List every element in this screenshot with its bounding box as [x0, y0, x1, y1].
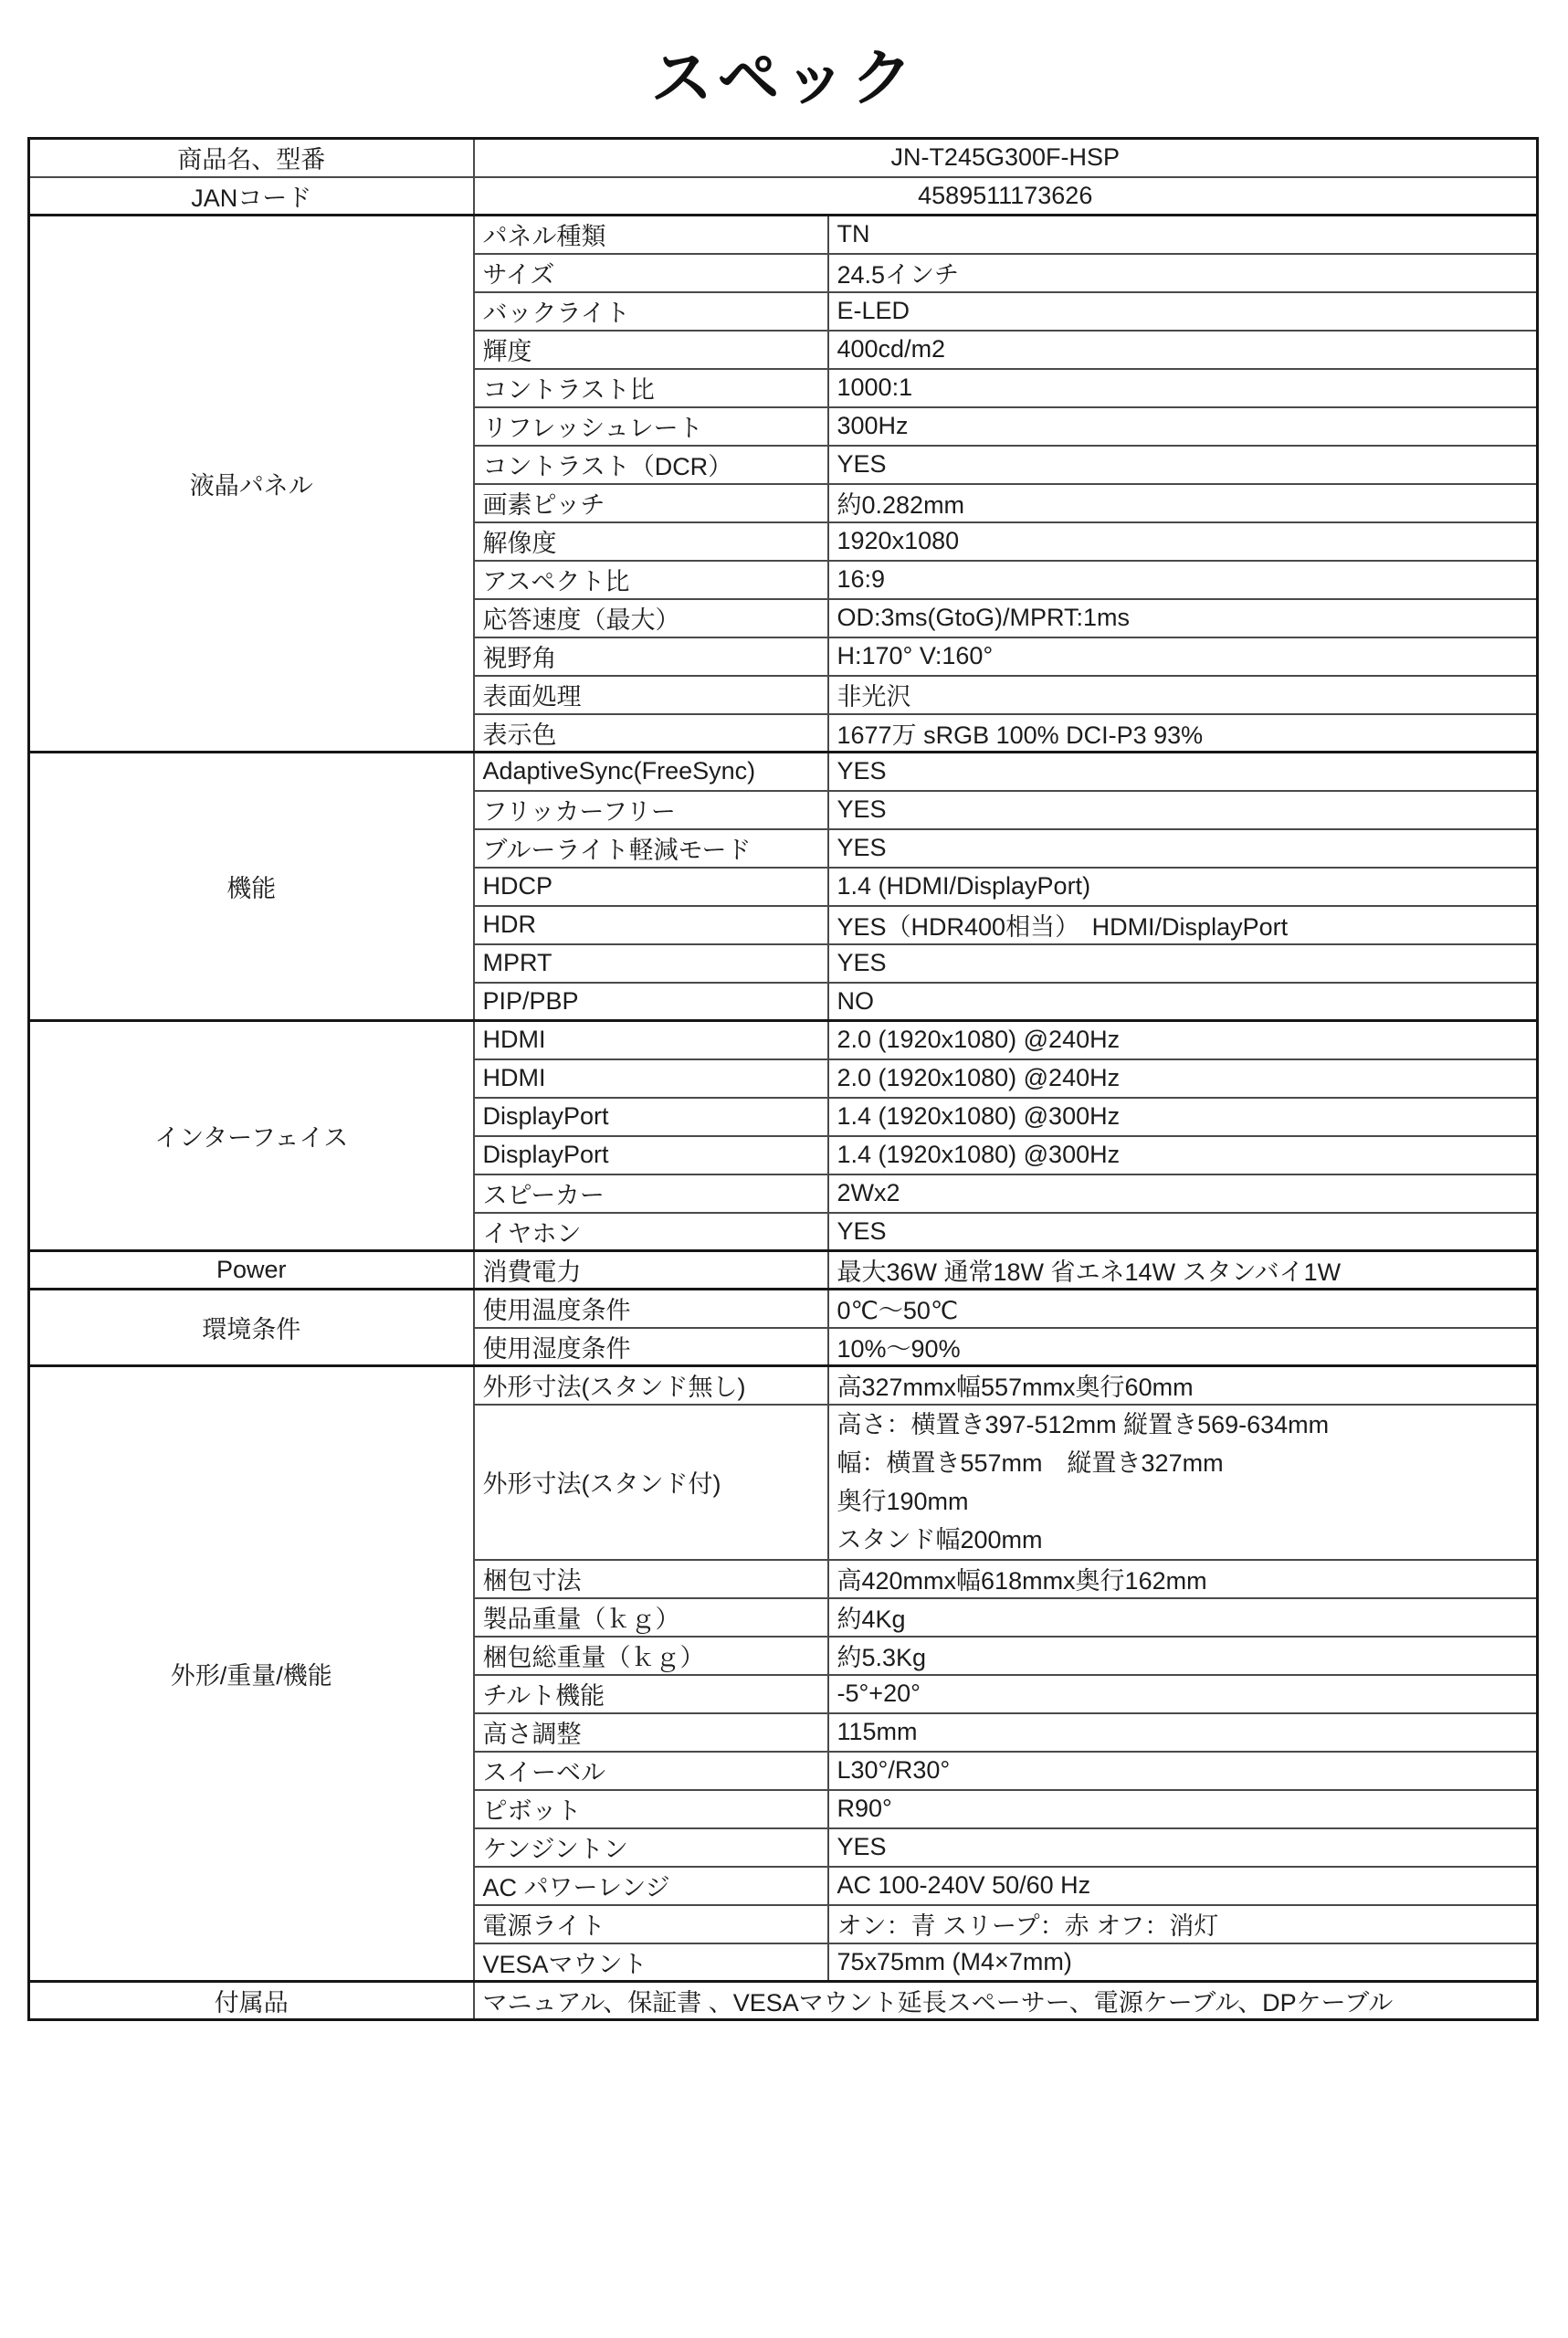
spec-row: 環境条件使用温度条件0℃～50℃ — [29, 1290, 1538, 1328]
spec-value: NO — [828, 983, 1538, 1021]
category-cell: 液晶パネル — [29, 216, 474, 753]
spec-value: 高さ：横置き397-512mm 縦置き569-634mm 幅：横置き557mm … — [828, 1405, 1538, 1560]
spec-label: 製品重量（ｋｇ） — [474, 1598, 828, 1637]
spec-label: スイーベル — [474, 1752, 828, 1790]
spec-value: 115mm — [828, 1713, 1538, 1752]
spec-header-label: JANコード — [29, 177, 474, 216]
spec-label: ケンジントン — [474, 1828, 828, 1867]
spec-value: 16:9 — [828, 561, 1538, 599]
spec-label: HDMI — [474, 1021, 828, 1059]
spec-label: ブルーライト軽減モード — [474, 829, 828, 868]
spec-value: 高420mmx幅618mmx奥行162mm — [828, 1560, 1538, 1598]
spec-value: R90° — [828, 1790, 1538, 1828]
spec-label: 外形寸法(スタンド無し) — [474, 1366, 828, 1405]
spec-label: リフレッシュレート — [474, 407, 828, 446]
category-cell: 付属品 — [29, 1982, 474, 2020]
spec-label: 輝度 — [474, 331, 828, 369]
category-cell: インターフェイス — [29, 1021, 474, 1251]
spec-value: 2Wx2 — [828, 1174, 1538, 1213]
spec-value: 1.4 (1920x1080) @300Hz — [828, 1136, 1538, 1174]
spec-label: イヤホン — [474, 1213, 828, 1251]
spec-header-value: 4589511173626 — [474, 177, 1538, 216]
spec-value: YES — [828, 944, 1538, 983]
spec-label: HDCP — [474, 868, 828, 906]
spec-value: 10%～90% — [828, 1328, 1538, 1366]
spec-label: コントラスト（DCR） — [474, 446, 828, 484]
spec-header-value: JN-T245G300F-HSP — [474, 139, 1538, 177]
spec-value: YES — [828, 446, 1538, 484]
spec-label: アスペクト比 — [474, 561, 828, 599]
spec-value: YES — [828, 1828, 1538, 1867]
spec-table: 商品名、型番JN-T245G300F-HSPJANコード458951117362… — [27, 137, 1539, 2021]
spec-value: 約0.282mm — [828, 484, 1538, 522]
spec-header-row: JANコード4589511173626 — [29, 177, 1538, 216]
spec-label: AdaptiveSync(FreeSync) — [474, 753, 828, 791]
spec-row: 機能AdaptiveSync(FreeSync)YES — [29, 753, 1538, 791]
spec-label: AC パワーレンジ — [474, 1867, 828, 1905]
spec-value: 0℃～50℃ — [828, 1290, 1538, 1328]
spec-label: 使用湿度条件 — [474, 1328, 828, 1366]
spec-label: 表示色 — [474, 714, 828, 753]
spec-label: フリッカーフリー — [474, 791, 828, 829]
spec-row: 外形/重量/機能外形寸法(スタンド無し)高327mmx幅557mmx奥行60mm — [29, 1366, 1538, 1405]
spec-value: AC 100-240V 50/60 Hz — [828, 1867, 1538, 1905]
spec-label: 外形寸法(スタンド付) — [474, 1405, 828, 1560]
spec-value: TN — [828, 216, 1538, 254]
spec-row: 付属品マニュアル、保証書 、VESAマウント延長スペーサー、電源ケーブル、DPケ… — [29, 1982, 1538, 2020]
spec-value: 300Hz — [828, 407, 1538, 446]
spec-label: 梱包総重量（ｋｇ） — [474, 1637, 828, 1675]
spec-value: L30°/R30° — [828, 1752, 1538, 1790]
spec-label: スピーカー — [474, 1174, 828, 1213]
spec-label: MPRT — [474, 944, 828, 983]
spec-label: 視野角 — [474, 637, 828, 676]
spec-value: オン：青 スリープ：赤 オフ：消灯 — [828, 1905, 1538, 1943]
spec-value: 1920x1080 — [828, 522, 1538, 561]
spec-value: 400cd/m2 — [828, 331, 1538, 369]
spec-value: E-LED — [828, 292, 1538, 331]
category-cell: 環境条件 — [29, 1290, 474, 1366]
category-cell: Power — [29, 1251, 474, 1290]
spec-value: YES — [828, 791, 1538, 829]
spec-value: H:170° V:160° — [828, 637, 1538, 676]
spec-label: DisplayPort — [474, 1136, 828, 1174]
spec-label: 消費電力 — [474, 1251, 828, 1290]
spec-table-body: 商品名、型番JN-T245G300F-HSPJANコード458951117362… — [29, 139, 1538, 2020]
spec-value: YES（HDR400相当） HDMI/DisplayPort — [828, 906, 1538, 944]
spec-label: DisplayPort — [474, 1098, 828, 1136]
spec-label: 解像度 — [474, 522, 828, 561]
spec-value: OD:3ms(GtoG)/MPRT:1ms — [828, 599, 1538, 637]
spec-value: -5°+20° — [828, 1675, 1538, 1713]
spec-row: インターフェイスHDMI2.0 (1920x1080) @240Hz — [29, 1021, 1538, 1059]
spec-value: YES — [828, 829, 1538, 868]
spec-header-row: 商品名、型番JN-T245G300F-HSP — [29, 139, 1538, 177]
spec-value: 1.4 (HDMI/DisplayPort) — [828, 868, 1538, 906]
spec-value: YES — [828, 753, 1538, 791]
spec-row: 液晶パネルパネル種類TN — [29, 216, 1538, 254]
spec-value: 約5.3Kg — [828, 1637, 1538, 1675]
page-title: スペック — [0, 0, 1568, 137]
spec-label: VESAマウント — [474, 1943, 828, 1982]
spec-value: 2.0 (1920x1080) @240Hz — [828, 1021, 1538, 1059]
spec-label: コントラスト比 — [474, 369, 828, 407]
spec-value: 1000:1 — [828, 369, 1538, 407]
spec-label: 使用温度条件 — [474, 1290, 828, 1328]
spec-value: 約4Kg — [828, 1598, 1538, 1637]
spec-label: 応答速度（最大） — [474, 599, 828, 637]
spec-label: 高さ調整 — [474, 1713, 828, 1752]
spec-label: PIP/PBP — [474, 983, 828, 1021]
spec-value: 1677万 sRGB 100% DCI-P3 93% — [828, 714, 1538, 753]
spec-label: パネル種類 — [474, 216, 828, 254]
spec-value: YES — [828, 1213, 1538, 1251]
spec-row: Power消費電力最大36W 通常18W 省エネ14W スタンバイ1W — [29, 1251, 1538, 1290]
category-cell: 外形/重量/機能 — [29, 1366, 474, 1982]
spec-label: サイズ — [474, 254, 828, 292]
spec-label: 電源ライト — [474, 1905, 828, 1943]
spec-label: バックライト — [474, 292, 828, 331]
spec-label: 表面処理 — [474, 676, 828, 714]
category-cell: 機能 — [29, 753, 474, 1021]
spec-value: 非光沢 — [828, 676, 1538, 714]
spec-value: マニュアル、保証書 、VESAマウント延長スペーサー、電源ケーブル、DPケーブル — [474, 1982, 1538, 2020]
spec-label: HDR — [474, 906, 828, 944]
spec-header-label: 商品名、型番 — [29, 139, 474, 177]
spec-value: 2.0 (1920x1080) @240Hz — [828, 1059, 1538, 1098]
spec-label: 梱包寸法 — [474, 1560, 828, 1598]
spec-label: チルト機能 — [474, 1675, 828, 1713]
spec-value: 最大36W 通常18W 省エネ14W スタンバイ1W — [828, 1251, 1538, 1290]
spec-value: 高327mmx幅557mmx奥行60mm — [828, 1366, 1538, 1405]
spec-label: 画素ピッチ — [474, 484, 828, 522]
spec-label: HDMI — [474, 1059, 828, 1098]
spec-value: 1.4 (1920x1080) @300Hz — [828, 1098, 1538, 1136]
spec-label: ピボット — [474, 1790, 828, 1828]
spec-value: 24.5インチ — [828, 254, 1538, 292]
spec-value: 75x75mm (M4×7mm) — [828, 1943, 1538, 1982]
